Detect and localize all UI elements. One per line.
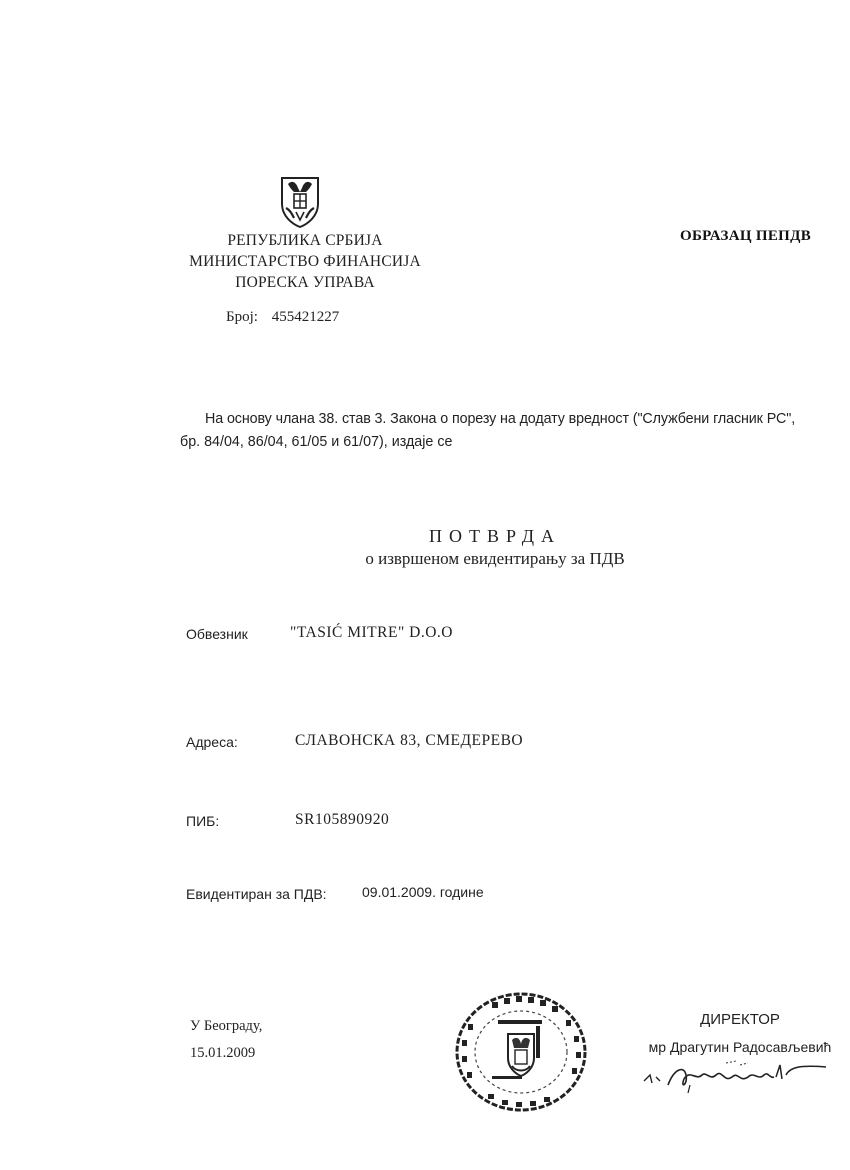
preamble-line-2: бр. 84/04, 86/04, 61/05 и 61/07), издаје… [180, 434, 452, 450]
document-number-value: 455421227 [272, 309, 340, 325]
signature-icon [640, 1055, 830, 1095]
registered-label: Евидентиран за ПДВ: [186, 886, 327, 902]
issuer-country: РЕПУБЛИКА СРБИЈА [170, 230, 440, 251]
pib-label: ПИБ: [186, 813, 219, 829]
address-label: Адреса: [186, 734, 238, 750]
issue-place: У Београду, [190, 1018, 262, 1035]
issuer-ministry: МИНИСТАРСТВО ФИНАНСИЈА [170, 251, 440, 272]
document-number: Број: 455421227 [226, 309, 339, 326]
issue-date: 15.01.2009 [190, 1045, 255, 1062]
form-code: ОБРАЗАЦ ПЕПДВ [680, 228, 811, 245]
preamble-line-1: На основу члана 38. став 3. Закона о пор… [205, 411, 795, 427]
registered-value: 09.01.2009. године [362, 884, 484, 900]
coat-of-arms-icon [278, 174, 322, 228]
official-stamp-icon [452, 990, 590, 1115]
director-title: ДИРЕКТОР [630, 1011, 850, 1028]
taxpayer-label: Обвезник [186, 626, 248, 642]
issuer-agency: ПОРЕСКА УПРАВА [170, 272, 440, 293]
document-title: ПОТВРДА [330, 526, 660, 547]
taxpayer-value: "TASIĆ MITRE" D.O.O [290, 624, 453, 642]
director-name: мр Драгутин Радосављевић [630, 1039, 850, 1055]
document-subtitle: о извршеном евидентирању за ПДВ [300, 549, 690, 569]
document-number-label: Број [226, 309, 254, 325]
issuer-header: РЕПУБЛИКА СРБИЈА МИНИСТАРСТВО ФИНАНСИЈА … [170, 230, 440, 293]
pib-value: SR105890920 [295, 811, 389, 829]
address-value: СЛАВОНСКА 83, СМЕДЕРЕВО [295, 732, 523, 750]
